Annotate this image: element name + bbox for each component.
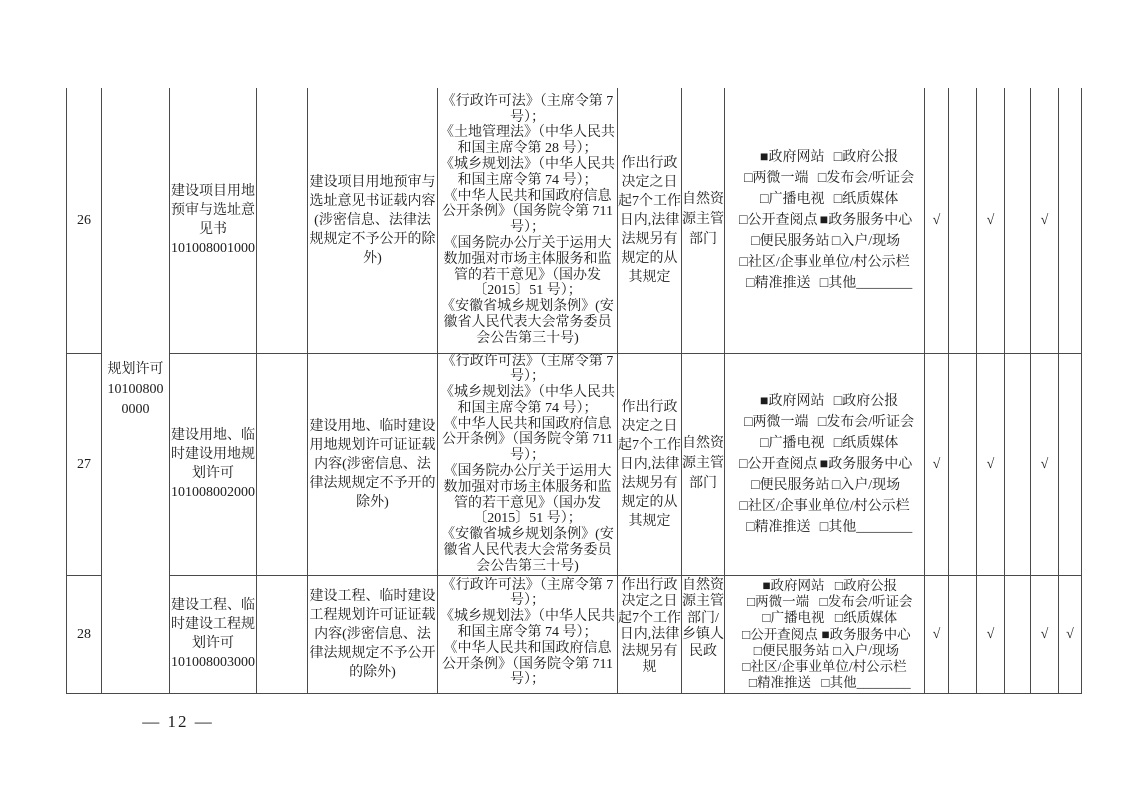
legal-basis-item: 《国务院办公厅关于运用大数加强对市场主体服务和监管的若干意见》（国办发〔2015… xyxy=(438,464,617,527)
channel-option: ■政府网站 xyxy=(751,391,834,412)
row-number-cell: 27 xyxy=(67,353,102,575)
channel-option: □社区/企事业单位/村公示栏 xyxy=(739,499,909,514)
legal-basis-item: 《中华人民共和国政府信息公开条例》（国务院令第 711 号）； xyxy=(438,189,617,236)
mark-cell xyxy=(1005,88,1031,353)
department-cell: 自然资源主管部门 xyxy=(682,353,725,575)
item-code: 101008001000 xyxy=(170,239,256,258)
channel-option: □入户/现场 xyxy=(832,478,900,493)
page-number: — 12 — xyxy=(128,712,228,732)
channel-option: □纸质媒体 xyxy=(834,436,898,451)
item-code: 101008003000 xyxy=(170,653,256,672)
content-text: 建设项目用地预审与选址意见书证载内容(涉密信息、法律法规规定不予公开的除外) xyxy=(308,173,437,268)
mark-cell xyxy=(1005,575,1031,693)
channel-option: □公开查阅点 xyxy=(738,627,821,643)
channel-option: □其他________ xyxy=(821,675,910,689)
channel-line: ■政府网站□政府公报 xyxy=(725,147,924,168)
item-name: 建设用地、临时建设用地规划许可 xyxy=(170,426,256,483)
channel-option: □精准推送 xyxy=(738,675,821,689)
mark-cell: √ xyxy=(925,575,949,693)
channel-option: □公开查阅点 xyxy=(737,210,820,231)
mark-cell: √ xyxy=(1031,353,1059,575)
channel-option: ■政务服务中心 xyxy=(820,457,912,472)
channel-option: □两微一端 xyxy=(735,412,818,433)
time-limit-cell: 作出行政决定之日起7个工作日内,法律法规另有规定的从其规定 xyxy=(618,88,682,353)
category-code: 101008000000 xyxy=(107,380,165,420)
legal-basis-item: 《城乡规划法》（中华人民共和国主席令第 74 号）； xyxy=(438,385,617,417)
department-text: 自然资源主管部门 xyxy=(682,434,724,494)
mark-cell xyxy=(949,575,977,693)
legal-basis-item: 《中华人民共和国政府信息公开条例》（国务院令第 711 号）； xyxy=(438,641,617,688)
legal-basis-cell: 《行政许可法》（主席令第 7 号）； 《城乡规划法》（中华人民共和国主席令第 7… xyxy=(438,575,618,693)
channel-option: □便民服务站 xyxy=(749,231,832,252)
channel-option: □两微一端 xyxy=(735,168,818,189)
channel-option: □其他________ xyxy=(820,276,912,291)
channel-line: □广播电视□纸质媒体 xyxy=(725,433,924,454)
legal-basis-item: 《中华人民共和国政府信息公开条例》（国务院令第 711 号）； xyxy=(438,417,617,464)
item-code: 101008002000 xyxy=(170,483,256,502)
channel-line: □社区/企事业单位/村公示栏 xyxy=(725,252,924,273)
empty-cell xyxy=(257,88,308,353)
channel-option: □入户/现场 xyxy=(832,234,900,249)
permit-publicity-table: 26 规划许可 101008000000 建设项目用地预审与选址意见书 1010… xyxy=(66,88,1082,694)
mark-cell: √ xyxy=(977,88,1005,353)
channel-option: □其他________ xyxy=(820,520,912,535)
mark-cell: √ xyxy=(925,353,949,575)
channel-option: □发布会/听证会 xyxy=(818,171,914,186)
empty-cell xyxy=(257,353,308,575)
mark-cell xyxy=(949,88,977,353)
legal-basis-item: 《城乡规划法》（中华人民共和国主席令第 74 号）； xyxy=(438,157,617,189)
channel-line: □便民服务站□入户/现场 xyxy=(725,643,924,659)
channel-line: □精准推送□其他________ xyxy=(725,675,924,689)
legal-basis-item: 《安徽省城乡规划条例》(安徽省人民代表大会常务委员会公告第三十号) xyxy=(438,299,617,346)
legal-basis-item: 《行政许可法》（主席令第 7 号）； xyxy=(438,354,617,386)
channel-option: □精准推送 xyxy=(737,273,820,294)
channel-option: □广播电视 xyxy=(752,610,835,626)
channel-line: □公开查阅点■政务服务中心 xyxy=(725,210,924,231)
time-limit-cell: 作出行政决定之日起7个工作日内,法律法规另有规 xyxy=(618,575,682,693)
legal-basis-cell: 《行政许可法》（主席令第 7 号）； 《城乡规划法》（中华人民共和国主席令第 7… xyxy=(438,353,618,575)
channels-cell: ■政府网站□政府公报 □两微一端□发布会/听证会 □广播电视□纸质媒体 □公开查… xyxy=(725,353,925,575)
time-limit-cell: 作出行政决定之日起7个工作日内,法律法规另有规定的从其规定 xyxy=(618,353,682,575)
content-cell: 建设用地、临时建设用地规划许可证证载内容(涉密信息、法律法规规定不予开的除外) xyxy=(308,353,438,575)
channel-line: □公开查阅点■政务服务中心 xyxy=(725,454,924,475)
mark-cell: √ xyxy=(925,88,949,353)
channel-option: □政府公报 xyxy=(835,578,897,593)
channel-option: □精准推送 xyxy=(737,517,820,538)
mark-cell xyxy=(1059,353,1082,575)
mark-cell: √ xyxy=(1031,575,1059,693)
channel-option: ■政务服务中心 xyxy=(820,213,912,228)
channel-option: ■政务服务中心 xyxy=(821,627,910,642)
document-page: 26 规划许可 101008000000 建设项目用地预审与选址意见书 1010… xyxy=(0,0,1122,793)
channels-cell: ■政府网站□政府公报 □两微一端□发布会/听证会 □广播电视□纸质媒体 □公开查… xyxy=(725,88,925,353)
channel-line: □精准推送□其他________ xyxy=(725,517,924,538)
channel-line: □两微一端□发布会/听证会 xyxy=(725,168,924,189)
content-text: 建设用地、临时建设用地规划许可证证载内容(涉密信息、法律法规规定不予开的除外) xyxy=(308,417,437,512)
department-text: 自然资源主管部门 xyxy=(682,190,724,250)
channel-option: □纸质媒体 xyxy=(835,610,897,625)
legal-basis-item: 《行政许可法》（主席令第 7 号）； xyxy=(438,578,617,610)
channel-option: □入户/现场 xyxy=(833,643,899,658)
channel-option: □公开查阅点 xyxy=(737,454,820,475)
legal-basis-item: 《安徽省城乡规划条例》(安徽省人民代表大会常务委员会公告第三十号) xyxy=(438,527,617,574)
channel-line: □精准推送□其他________ xyxy=(725,273,924,294)
row-number-cell: 28 xyxy=(67,575,102,693)
channel-line: □社区/企事业单位/村公示栏 xyxy=(725,659,924,675)
channel-option: ■政府网站 xyxy=(751,147,834,168)
item-name-cell: 建设项目用地预审与选址意见书 101008001000 xyxy=(170,88,257,353)
channel-option: □政府公报 xyxy=(834,150,898,165)
empty-cell xyxy=(257,575,308,693)
content-cell: 建设项目用地预审与选址意见书证载内容(涉密信息、法律法规规定不予公开的除外) xyxy=(308,88,438,353)
category-name: 规划许可 xyxy=(102,360,169,380)
legal-basis-item: 《行政许可法》（主席令第 7 号）； xyxy=(438,94,617,126)
channel-line: □广播电视□纸质媒体 xyxy=(725,189,924,210)
channel-option: □社区/企事业单位/村公示栏 xyxy=(742,659,906,674)
content-cell: 建设工程、临时建设工程规划许可证证载内容(涉密信息、法律法规规定不予公开的除外) xyxy=(308,575,438,693)
mark-cell xyxy=(949,353,977,575)
mark-cell: √ xyxy=(977,575,1005,693)
channel-option: □社区/企事业单位/村公示栏 xyxy=(739,255,909,270)
channel-line: □广播电视□纸质媒体 xyxy=(725,610,924,626)
channel-line: □便民服务站□入户/现场 xyxy=(725,475,924,496)
channel-line: □社区/企事业单位/村公示栏 xyxy=(725,496,924,517)
channel-option: □广播电视 xyxy=(751,189,834,210)
channel-option: □发布会/听证会 xyxy=(820,594,913,609)
channel-line: □公开查阅点■政务服务中心 xyxy=(725,627,924,643)
legal-basis-cell: 《行政许可法》（主席令第 7 号）； 《土地管理法》（中华人民共和国主席令第 2… xyxy=(438,88,618,353)
channels-cell: ■政府网站□政府公报 □两微一端□发布会/听证会 □广播电视□纸质媒体 □公开查… xyxy=(725,575,925,693)
channel-option: □便民服务站 xyxy=(750,643,833,659)
channel-line: □两微一端□发布会/听证会 xyxy=(725,594,924,610)
channel-line: □便民服务站□入户/现场 xyxy=(725,231,924,252)
channel-option: □发布会/听证会 xyxy=(818,415,914,430)
channel-line: ■政府网站□政府公报 xyxy=(725,578,924,594)
channel-option: □纸质媒体 xyxy=(834,192,898,207)
time-limit-text: 作出行政决定之日起7个工作日内,法律法规另有规 xyxy=(618,578,681,677)
item-name-cell: 建设工程、临时建设工程规划许可 101008003000 xyxy=(170,575,257,693)
channel-option: □两微一端 xyxy=(737,594,820,610)
category-cell: 规划许可 101008000000 xyxy=(102,88,170,693)
item-name: 建设工程、临时建设工程规划许可 xyxy=(170,596,256,653)
legal-basis-item: 《城乡规划法》（中华人民共和国主席令第 74 号）； xyxy=(438,609,617,641)
mark-cell: √ xyxy=(1031,88,1059,353)
mark-cell xyxy=(1059,88,1082,353)
mark-cell xyxy=(1005,353,1031,575)
mark-cell: √ xyxy=(977,353,1005,575)
department-cell: 自然资源主管部门 xyxy=(682,88,725,353)
channel-line: □两微一端□发布会/听证会 xyxy=(725,412,924,433)
channel-option: □便民服务站 xyxy=(749,475,832,496)
channel-option: □广播电视 xyxy=(751,433,834,454)
item-name-cell: 建设用地、临时建设用地规划许可 101008002000 xyxy=(170,353,257,575)
mark-cell: √ xyxy=(1059,575,1082,693)
legal-basis-item: 《土地管理法》（中华人民共和国主席令第 28 号）； xyxy=(438,125,617,157)
department-cell: 自然资源主管部门/乡镇人民政 xyxy=(682,575,725,693)
channel-option: □政府公报 xyxy=(834,394,898,409)
content-text: 建设工程、临时建设工程规划许可证证载内容(涉密信息、法律法规规定不予公开的除外) xyxy=(308,587,437,682)
time-limit-text: 作出行政决定之日起7个工作日内,法律法规另有规定的从其规定 xyxy=(618,398,681,531)
channel-option: ■政府网站 xyxy=(752,578,835,594)
channel-line: ■政府网站□政府公报 xyxy=(725,391,924,412)
department-text: 自然资源主管部门/乡镇人民政 xyxy=(682,578,724,661)
legal-basis-item: 《国务院办公厅关于运用大数加强对市场主体服务和监管的若干意见》（国办发〔2015… xyxy=(438,236,617,299)
row-number-cell: 26 xyxy=(67,88,102,353)
time-limit-text: 作出行政决定之日起7个工作日内,法律法规另有规定的从其规定 xyxy=(618,154,681,287)
item-name: 建设项目用地预审与选址意见书 xyxy=(170,182,256,239)
